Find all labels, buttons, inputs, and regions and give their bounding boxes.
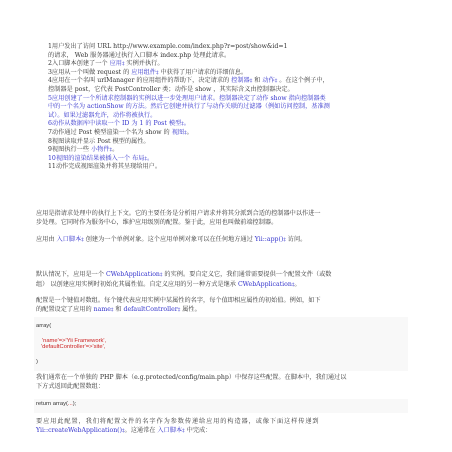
text: 。 [112, 146, 118, 153]
entry-script-link[interactable]: 入口脚本 [57, 236, 82, 243]
paragraph-default: 默认情况下，应用是一个 CWebApplication‡ 的实例。要自定义它，我… [36, 270, 408, 290]
doc-link[interactable]: 应用组件 [131, 69, 156, 76]
doc-link[interactable]: 视图 [172, 129, 184, 136]
text: 的请求， Web 服务器通过执行入口脚本 index.php 处理此请求。 [48, 52, 230, 59]
step-line: 中的一个名为 actionShow 的方法。然后它创建并执行了与动作关联的过滤器… [48, 103, 388, 112]
code-line: array( [36, 323, 406, 329]
text: 的实例。要自定义它，我们通常需要提供一个配置文件（或数 [162, 271, 331, 278]
step-line: 11动作完成视图渲染并将其呈现给用户。 [48, 163, 388, 172]
paragraph-application-intro: 应用是指请求处理中的执行上下文。它的主要任务是分析用户请求并将其分派到合适的控制… [36, 209, 408, 227]
step-line: 控制器是 post，它代表 PostController 类；动作是 show … [48, 86, 388, 95]
text: 中完成： [185, 427, 212, 434]
paragraph-line: 步处理。它同时作为服务中心，维护应用级别的配置。鉴于此，应用也叫做前端控制器。 [36, 218, 408, 227]
code-block-config: array( 'name'=>'Yii Framework', 'default… [34, 317, 408, 371]
text: 访问。 [286, 236, 307, 243]
text: 应用由 [36, 236, 57, 243]
doc-link[interactable]: 应用 [110, 60, 122, 67]
text: 7动作通过 Post 模型渲染一个名为 show 的 [48, 129, 172, 136]
text: 。 [147, 155, 153, 162]
step-line: 8视图读取并显示 Post 模型的属性。 [48, 138, 388, 147]
text: 3应用从一个叫做 request 的 [48, 69, 131, 76]
step-line: 5应用创建了一个所请求控制器的实例以进一步处理用户请求。控制器决定了动作 sho… [48, 95, 388, 104]
text: 11动作完成视图渲染并将其呈现给用户。 [48, 163, 161, 170]
create-web-application-link[interactable]: Yii::createWebApplication() [36, 427, 122, 434]
text: 2入口脚本创建了一个 [48, 60, 110, 67]
text: 。在这个例子中， [277, 77, 328, 84]
text: 的配置设定了应用的 [36, 306, 94, 313]
text: 默认情况下，应用是一个 [36, 271, 106, 278]
cwebapplication-link[interactable]: CWebApplication [106, 271, 160, 278]
code-line: ) [36, 359, 406, 365]
text: 1用户发出了访问 URL http://www.example.com/inde… [48, 43, 287, 50]
step-line: 1用户发出了访问 URL http://www.example.com/inde… [48, 43, 388, 52]
step-line: 6动作从数据库中读取一个 ID 为 1 的 Post 模型‡。 [48, 120, 388, 129]
paragraph-config: 配置是一个键值对数组。每个键代表应用实例中某属性的名字，每个值即相应属性的初始值… [36, 296, 408, 315]
code-keyword: return array( [36, 401, 68, 407]
paragraph-singleton: 应用由 入口脚本‡ 创建为一个单例对象。这个应用单例对象可以在任何地方通过 Yi… [36, 235, 408, 245]
step-line: 9视图执行一些 小物件‡。 [48, 146, 388, 155]
step-line: 的请求， Web 服务器通过执行入口脚本 index.php 处理此请求。 [48, 52, 388, 61]
text: 试）。如果过滤器允许，动作将被执行。 [48, 112, 156, 119]
step-line: 7动作通过 Post 模型渲染一个名为 show 的 视图‡。 [48, 129, 388, 138]
text: 中获得了用户请求的详细信息。 [158, 69, 247, 76]
cwebapplication-link[interactable]: CWebApplication [238, 281, 292, 288]
text: 实例并执行。 [124, 60, 163, 67]
doc-link[interactable]: 控制器 [231, 77, 250, 84]
paragraph-line: 要应用此配置，我们将配置文件的名字作为参数传递给应用的构造器，或像下面这样传递到 [36, 417, 408, 426]
text: 9视图执行一些 [48, 146, 91, 153]
text: 。 [294, 281, 300, 288]
code-block-return: return array(...); [34, 399, 408, 413]
entry-script-link[interactable]: 入口脚本 [157, 427, 182, 434]
doc-link[interactable]: 小物件 [91, 146, 110, 153]
code-end: ); [73, 401, 77, 407]
paragraph-line: 下方式返回此配置数组： [36, 382, 408, 391]
default-controller-link[interactable]: defaultController [123, 306, 177, 313]
paragraph-line: 配置是一个键值对数组。每个键代表应用实例中某属性的名字，每个值即相应属性的初始值… [36, 296, 408, 305]
text: 中的一个名为 actionShow 的方法。然后它创建并执行了与动作关联的过滤器… [48, 103, 330, 110]
paragraph-apply-config: 要应用此配置，我们将配置文件的名字作为参数传递给应用的构造器，或像下面这样传递到… [36, 417, 408, 436]
text: 6动作从数据库中读取一个 ID 为 1 的 Post 模型 [48, 120, 181, 127]
paragraph-line: 我们通常在一个单独的 PHP 脚本（e.g.protected/config/m… [36, 373, 408, 382]
yii-app-link[interactable]: Yii::app() [255, 236, 284, 243]
text: 属性。 [180, 306, 201, 313]
step-line: 4应用在一个名叫 urlManager 的应用组件的帮助下，决定请求的 控制器‡… [48, 77, 388, 86]
text: 10视图的渲染结果被插入一个 布局 [48, 155, 144, 162]
text: 和 [113, 306, 123, 313]
name-link[interactable]: name [94, 306, 111, 313]
text: 创建为一个单例对象。这个应用单例对象可以在任何地方通过 [84, 236, 255, 243]
text: 。 [184, 120, 190, 127]
text: 和 [252, 77, 262, 84]
paragraph-line: 应用是指请求处理中的执行上下文。它的主要任务是分析用户请求并将其分派到合适的控制… [36, 209, 408, 218]
doc-link[interactable]: 动作 [262, 77, 274, 84]
code-line: 'defaultController'=>'site', [41, 344, 406, 350]
text: 4应用在一个名叫 urlManager 的应用组件的帮助下，决定请求的 [48, 77, 231, 84]
document-page: 1用户发出了访问 URL http://www.example.com/inde… [0, 0, 452, 452]
text: 控制器是 post，它代表 PostController 类；动作是 show … [48, 86, 294, 93]
text: 组） 以创建应用实例时初始化其属性值。自定义应用的另一种方式是继承 [36, 281, 238, 288]
text: 5应用创建了一个所请求控制器的实例以进一步处理用户请求。控制器决定了动作 sho… [48, 95, 326, 102]
paragraph-php-script: 我们通常在一个单独的 PHP 脚本（e.g.protected/config/m… [36, 373, 408, 391]
text: 。这通常在 [125, 427, 158, 434]
step-line: 2入口脚本创建了一个 应用‡ 实例并执行。 [48, 60, 388, 69]
request-lifecycle-steps: 1用户发出了访问 URL http://www.example.com/inde… [48, 43, 388, 172]
text: 8视图读取并显示 Post 模型的属性。 [48, 138, 150, 145]
text: 。 [187, 129, 193, 136]
